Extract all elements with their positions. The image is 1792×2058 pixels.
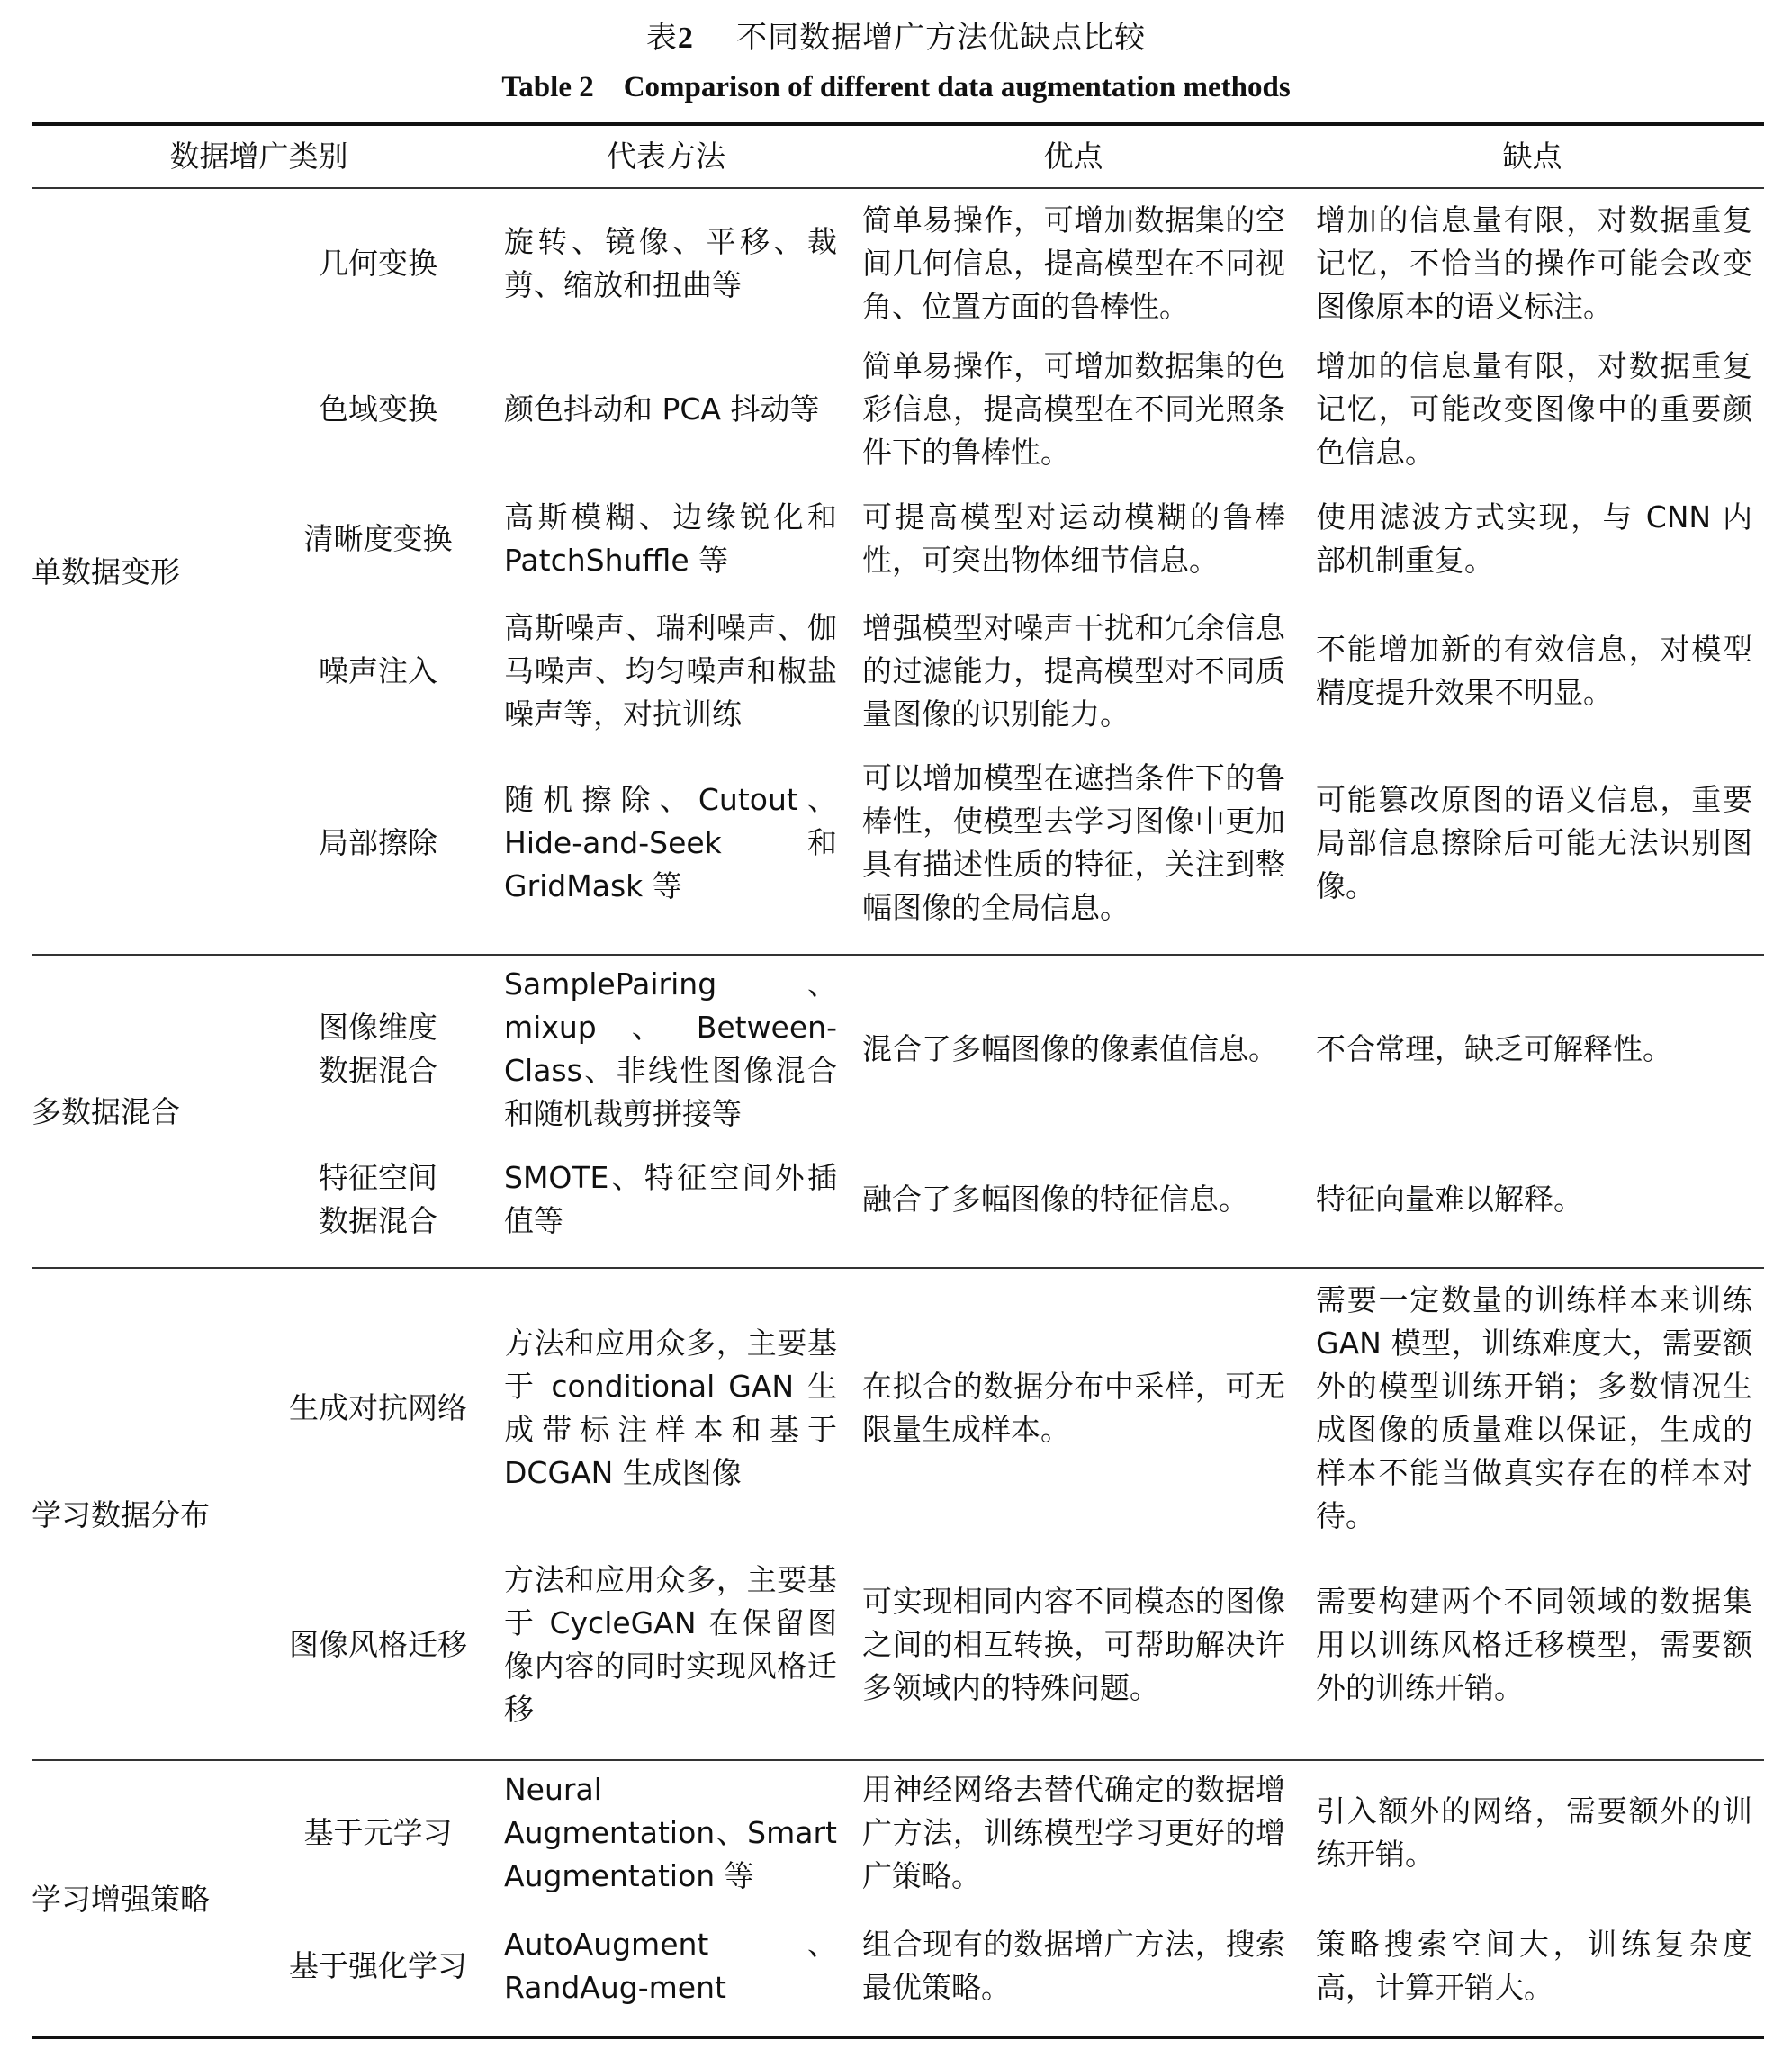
header-method: 代表方法 xyxy=(486,126,846,187)
pros-cell: 简单易操作，可增加数据集的空间几何信息，提高模型在不同视角、位置方面的鲁棒性。 xyxy=(862,191,1285,337)
pros-cell: 混合了多幅图像的像素值信息。 xyxy=(862,957,1285,1141)
subcategory-cell: 清晰度变换 xyxy=(270,482,486,595)
pros-cell: 可实现相同内容不同模态的图像之间的相互转换，可帮助解决许多领域内的特殊问题。 xyxy=(862,1546,1285,1744)
category-cell: 学习增强策略 xyxy=(32,1763,270,2036)
table-caption-english: Table 2 Comparison of different data aug… xyxy=(0,67,1792,108)
cons-cell: 不能增加新的有效信息，对模型精度提升效果不明显。 xyxy=(1316,595,1752,748)
pros-cell: 简单易操作，可增加数据集的色彩信息，提高模型在不同光照条件下的鲁棒性。 xyxy=(862,337,1285,482)
cons-cell: 特征向量难以解释。 xyxy=(1316,1141,1752,1258)
cons-cell: 增加的信息量有限，对数据重复记忆，可能改变图像中的重要颜色信息。 xyxy=(1316,337,1752,482)
pros-cell: 可提高模型对运动模糊的鲁棒性，可突出物体细节信息。 xyxy=(862,482,1285,595)
caption-prefix: 表 xyxy=(646,20,678,56)
subcategory-cell: 基于元学习 xyxy=(270,1763,486,1903)
group-divider-1 xyxy=(32,954,1764,956)
method-cell: 高斯模糊、边缘锐化和 PatchShuffle 等 xyxy=(504,482,837,595)
cons-cell: 可能篡改原图的语义信息，重要局部信息擦除后可能无法识别图像。 xyxy=(1316,748,1752,939)
group-divider-2 xyxy=(32,1267,1764,1269)
pros-cell: 融合了多幅图像的特征信息。 xyxy=(862,1141,1285,1258)
method-cell: SMOTE、特征空间外插值等 xyxy=(504,1141,837,1258)
pros-cell: 在拟合的数据分布中采样，可无限量生成样本。 xyxy=(862,1271,1285,1546)
caption-number: 2 xyxy=(678,22,694,55)
subcategory-cell: 基于强化学习 xyxy=(270,1903,486,2029)
cons-cell: 增加的信息量有限，对数据重复记忆，不恰当的操作可能会改变图像原本的语义标注。 xyxy=(1316,191,1752,337)
bottom-rule xyxy=(32,2036,1764,2039)
header-rule xyxy=(32,187,1764,189)
subcategory-cell: 图像风格迁移 xyxy=(270,1546,486,1744)
cons-cell: 不合常理，缺乏可解释性。 xyxy=(1316,957,1752,1141)
method-cell: 高斯噪声、瑞利噪声、伽马噪声、均匀噪声和椒盐噪声等，对抗训练 xyxy=(504,595,837,748)
method-cell: SamplePairing、 mixup、Between-Class、非线性图像… xyxy=(504,957,837,1141)
cons-cell: 引入额外的网络，需要额外的训练开销。 xyxy=(1316,1763,1752,1903)
method-cell: 方法和应用众多，主要基于 conditional GAN 生成带标注样本和基于 … xyxy=(504,1271,837,1546)
header-pros: 优点 xyxy=(846,126,1301,187)
category-cell: 多数据混合 xyxy=(32,957,270,1267)
method-cell: 方法和应用众多，主要基于 CycleGAN 在保留图像内容的同时实现风格迁移 xyxy=(504,1546,837,1744)
method-cell: 随机擦除、Cutout、Hide-and-Seek 和 GridMask 等 xyxy=(504,748,837,939)
pros-cell: 增强模型对噪声干扰和冗余信息的过滤能力，提高模型对不同质量图像的识别能力。 xyxy=(862,595,1285,748)
caption-title-cn: 不同数据增广方法优缺点比较 xyxy=(736,20,1146,56)
method-cell: 颜色抖动和 PCA 抖动等 xyxy=(504,337,837,482)
table-caption-chinese: 表2 不同数据增广方法优缺点比较 xyxy=(0,16,1792,60)
subcategory-cell: 局部擦除 xyxy=(270,748,486,939)
pros-cell: 可以增加模型在遮挡条件下的鲁棒性，使模型去学习图像中更加具有描述性质的特征，关注… xyxy=(862,748,1285,939)
subcategory-cell: 色域变换 xyxy=(270,337,486,482)
header-category: 数据增广类别 xyxy=(32,126,486,187)
cons-cell: 策略搜索空间大，训练复杂度高，计算开销大。 xyxy=(1316,1903,1752,2029)
method-cell: AutoAugment、RandAug-ment xyxy=(504,1903,837,2029)
cons-cell: 需要一定数量的训练样本来训练 GAN 模型，训练难度大，需要额外的模型训练开销；… xyxy=(1316,1271,1752,1546)
group-divider-3 xyxy=(32,1759,1764,1761)
subcategory-cell: 噪声注入 xyxy=(270,595,486,748)
category-cell: 单数据变形 xyxy=(32,191,270,954)
subcategory-cell: 几何变换 xyxy=(270,191,486,337)
category-cell: 学习数据分布 xyxy=(32,1271,270,1759)
method-cell: 旋转、镜像、平移、裁剪、缩放和扭曲等 xyxy=(504,191,837,337)
subcategory-cell: 图像维度 数据混合 xyxy=(270,957,486,1141)
pros-cell: 组合现有的数据增广方法，搜索最优策略。 xyxy=(862,1903,1285,2029)
cons-cell: 使用滤波方式实现，与 CNN 内部机制重复。 xyxy=(1316,482,1752,595)
cons-cell: 需要构建两个不同领域的数据集用以训练风格迁移模型，需要额外的训练开销。 xyxy=(1316,1546,1752,1744)
pros-cell: 用神经网络去替代确定的数据增广方法，训练模型学习更好的增广策略。 xyxy=(862,1763,1285,1903)
method-cell: Neural Augmentation、Smart Augmentation 等 xyxy=(504,1763,837,1903)
header-cons: 缺点 xyxy=(1301,126,1764,187)
subcategory-cell: 特征空间 数据混合 xyxy=(270,1141,486,1258)
subcategory-cell: 生成对抗网络 xyxy=(270,1271,486,1546)
